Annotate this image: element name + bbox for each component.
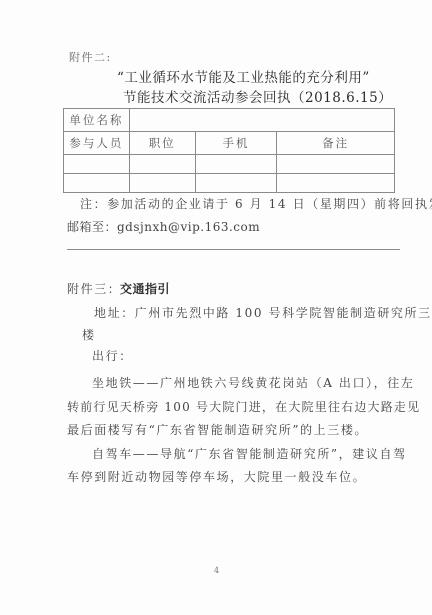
drive-line1: 自驾车——导航“广东省智能制造研究所”，建议自驾 xyxy=(92,445,407,462)
table-cell[interactable] xyxy=(277,174,395,193)
reply-form-table: 单位名称 参与人员 职位 手机 备注 xyxy=(63,108,395,193)
section-divider xyxy=(67,249,400,250)
address-line1: 地址：广州市先烈中路 100 号科学院智能制造研究所三 xyxy=(94,304,432,321)
note-line2: 邮箱至：gdsjnxh@vip.163.com xyxy=(67,218,260,235)
note-line1: 注：参加活动的企业请于 6 月 14 日（星期四）前将回执发 xyxy=(80,195,432,212)
page-number: 4 xyxy=(214,566,219,575)
attachment2-title-line1: “工业循环水节能及工业热能的充分利用” xyxy=(117,66,370,86)
company-name-value[interactable] xyxy=(129,109,394,132)
attachment3-label: 附件三： xyxy=(67,280,121,297)
table-cell[interactable] xyxy=(64,174,130,193)
metro-line3: 最后面楼写有“广东省智能制造研究所”的上三楼。 xyxy=(67,421,368,438)
address-line2: 楼 xyxy=(82,326,96,343)
table-cell[interactable] xyxy=(195,155,277,174)
travel-label: 出行： xyxy=(92,347,133,364)
attachment3-heading: 交通指引 xyxy=(120,280,170,297)
header-position: 职位 xyxy=(129,132,195,155)
metro-line2: 转前行见天桥旁 100 号大院门进，在大院里往右边大路走见 xyxy=(67,398,420,415)
company-name-label: 单位名称 xyxy=(64,109,130,132)
header-mobile: 手机 xyxy=(195,132,277,155)
header-participant: 参与人员 xyxy=(64,132,130,155)
table-cell[interactable] xyxy=(64,155,130,174)
attachment2-title-line2: 节能技术交流活动参会回执（2018.6.15） xyxy=(123,86,392,106)
table-cell[interactable] xyxy=(195,174,277,193)
table-cell[interactable] xyxy=(129,174,195,193)
table-row xyxy=(64,155,395,174)
table-header-row: 参与人员 职位 手机 备注 xyxy=(64,132,395,155)
metro-line1: 坐地铁——广州地铁六号线黄花岗站（A 出口），往左 xyxy=(92,374,414,391)
attachment2-label: 附件二: xyxy=(69,49,112,65)
table-row-company: 单位名称 xyxy=(64,109,395,132)
drive-line2: 车停到附近动物园等停车场，大院里一般没车位。 xyxy=(67,468,366,485)
table-row xyxy=(64,174,395,193)
header-remarks: 备注 xyxy=(277,132,395,155)
table-cell[interactable] xyxy=(129,155,195,174)
table-cell[interactable] xyxy=(277,155,395,174)
